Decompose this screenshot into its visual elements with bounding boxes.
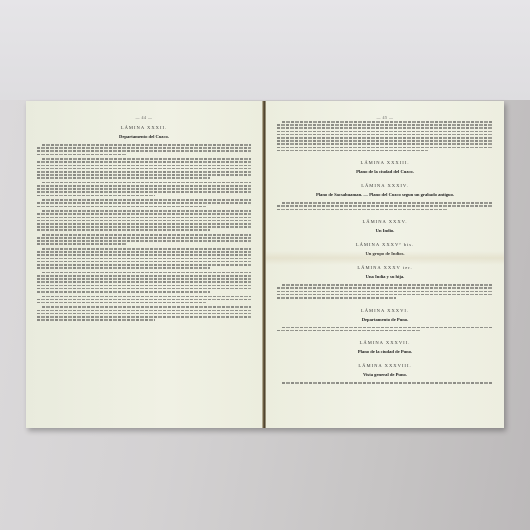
text-line — [37, 206, 206, 208]
text-line — [37, 261, 251, 263]
plate-heading: LÁMINA XXXV ter. — [277, 265, 493, 270]
paragraph — [277, 382, 493, 384]
text-line — [37, 319, 155, 321]
text-line — [37, 220, 251, 222]
text-line — [37, 185, 251, 187]
plate-heading: LÁMINA XXXVI. — [277, 308, 493, 313]
text-line — [37, 168, 251, 170]
text-line — [277, 127, 493, 129]
paragraph — [277, 327, 493, 332]
paragraph — [37, 296, 251, 304]
plate-caption: Un Indio. — [277, 228, 493, 233]
text-line — [42, 234, 251, 236]
intro-paragraph — [277, 121, 493, 151]
plate-heading: LÁMINA XXXVª bis. — [277, 242, 493, 247]
text-line — [37, 291, 210, 293]
plate-caption: Una India y su hija. — [277, 274, 493, 279]
text-line — [282, 284, 493, 286]
text-line — [37, 285, 251, 287]
poster: — 44 — LÁMINA XXXII. Departamento del Cu… — [26, 101, 504, 428]
text-line — [37, 240, 251, 242]
text-line — [37, 254, 251, 256]
text-line — [37, 313, 251, 315]
text-line — [277, 134, 493, 136]
paragraph — [37, 248, 251, 269]
text-line — [277, 143, 493, 145]
text-line — [277, 124, 493, 126]
text-line — [277, 287, 493, 289]
paper-stain — [266, 251, 504, 265]
text-line — [37, 223, 251, 225]
text-line — [37, 165, 251, 167]
text-line — [37, 264, 251, 266]
text-line — [277, 150, 428, 152]
text-line — [277, 297, 396, 299]
paragraph — [37, 234, 251, 245]
text-line — [277, 147, 493, 149]
plate-caption: Plano de la ciudad de Puno. — [277, 349, 493, 354]
plate-caption: Plano de la ciudad del Cuzco. — [277, 169, 493, 174]
plate-caption: Departamento del Cuzco. — [37, 134, 251, 139]
text-line — [42, 306, 251, 308]
plate-heading: LÁMINA XXXIV. — [277, 183, 493, 188]
text-line — [37, 281, 251, 283]
left-page: — 44 — LÁMINA XXXII. Departamento del Cu… — [26, 101, 262, 428]
plate-heading: LÁMINA XXXVII. — [277, 340, 493, 345]
text-line — [42, 144, 251, 146]
text-line — [37, 188, 251, 190]
text-line — [42, 296, 251, 298]
text-line — [282, 202, 493, 204]
plate-heading: LÁMINA XXXVIII. — [277, 363, 493, 368]
plate-caption: Departamento de Puno. — [277, 317, 493, 322]
text-line — [277, 291, 493, 293]
text-line — [37, 191, 251, 193]
paragraph — [37, 210, 251, 231]
text-line — [37, 217, 251, 219]
right-page: — 45 — LÁMINA XXXIII.Plano de la ciudad … — [266, 101, 504, 428]
text-line — [277, 137, 493, 139]
text-line — [42, 199, 251, 201]
text-line — [37, 213, 251, 215]
text-line — [42, 272, 251, 274]
text-line — [277, 140, 493, 142]
plate-list: LÁMINA XXXIII.Plano de la ciudad del Cuz… — [277, 160, 493, 384]
body-text — [37, 144, 251, 321]
paragraph — [37, 272, 251, 293]
text-line — [282, 327, 493, 329]
text-line — [37, 229, 210, 231]
text-line — [37, 171, 251, 173]
text-line — [37, 302, 206, 304]
text-line — [37, 150, 251, 152]
text-line — [42, 182, 251, 184]
text-line — [277, 209, 448, 211]
text-line — [277, 205, 493, 207]
text-line — [37, 177, 210, 179]
text-line — [42, 248, 251, 250]
plate-heading: LÁMINA XXXV. — [277, 219, 493, 224]
text-line — [37, 174, 251, 176]
paragraph — [37, 144, 251, 155]
text-line — [37, 299, 251, 301]
text-line — [282, 121, 493, 123]
text-line — [37, 251, 251, 253]
text-line — [37, 288, 251, 290]
text-line — [37, 147, 251, 149]
text-line — [277, 294, 493, 296]
text-line — [37, 310, 251, 312]
text-line — [37, 275, 251, 277]
plate-caption: Plano de Sacsahuaman. — Plano del Cuzco … — [277, 192, 493, 197]
plate-heading: LÁMINA XXXII. — [37, 125, 251, 130]
text-line — [37, 202, 251, 204]
text-line — [37, 237, 251, 239]
paragraph — [277, 284, 493, 298]
text-line — [37, 316, 251, 318]
plate-caption: Vista general de Puno. — [277, 372, 493, 377]
text-line — [277, 131, 493, 133]
text-line — [42, 158, 251, 160]
text-line — [37, 154, 127, 156]
text-line — [37, 267, 210, 269]
text-line — [37, 278, 251, 280]
paragraph — [37, 182, 251, 196]
wall-background — [0, 0, 530, 100]
text-line — [37, 243, 127, 245]
paragraph — [37, 199, 251, 207]
text-line — [277, 330, 420, 332]
plate-heading: LÁMINA XXXIII. — [277, 160, 493, 165]
page-number: — 44 — — [26, 115, 262, 121]
text-line — [37, 195, 155, 197]
paragraph — [37, 306, 251, 320]
text-line — [37, 161, 251, 163]
text-line — [42, 210, 251, 212]
paragraph — [277, 202, 493, 210]
paragraph — [277, 121, 493, 151]
text-line — [37, 226, 251, 228]
text-line — [282, 382, 493, 384]
text-line — [37, 258, 251, 260]
paragraph — [37, 158, 251, 179]
